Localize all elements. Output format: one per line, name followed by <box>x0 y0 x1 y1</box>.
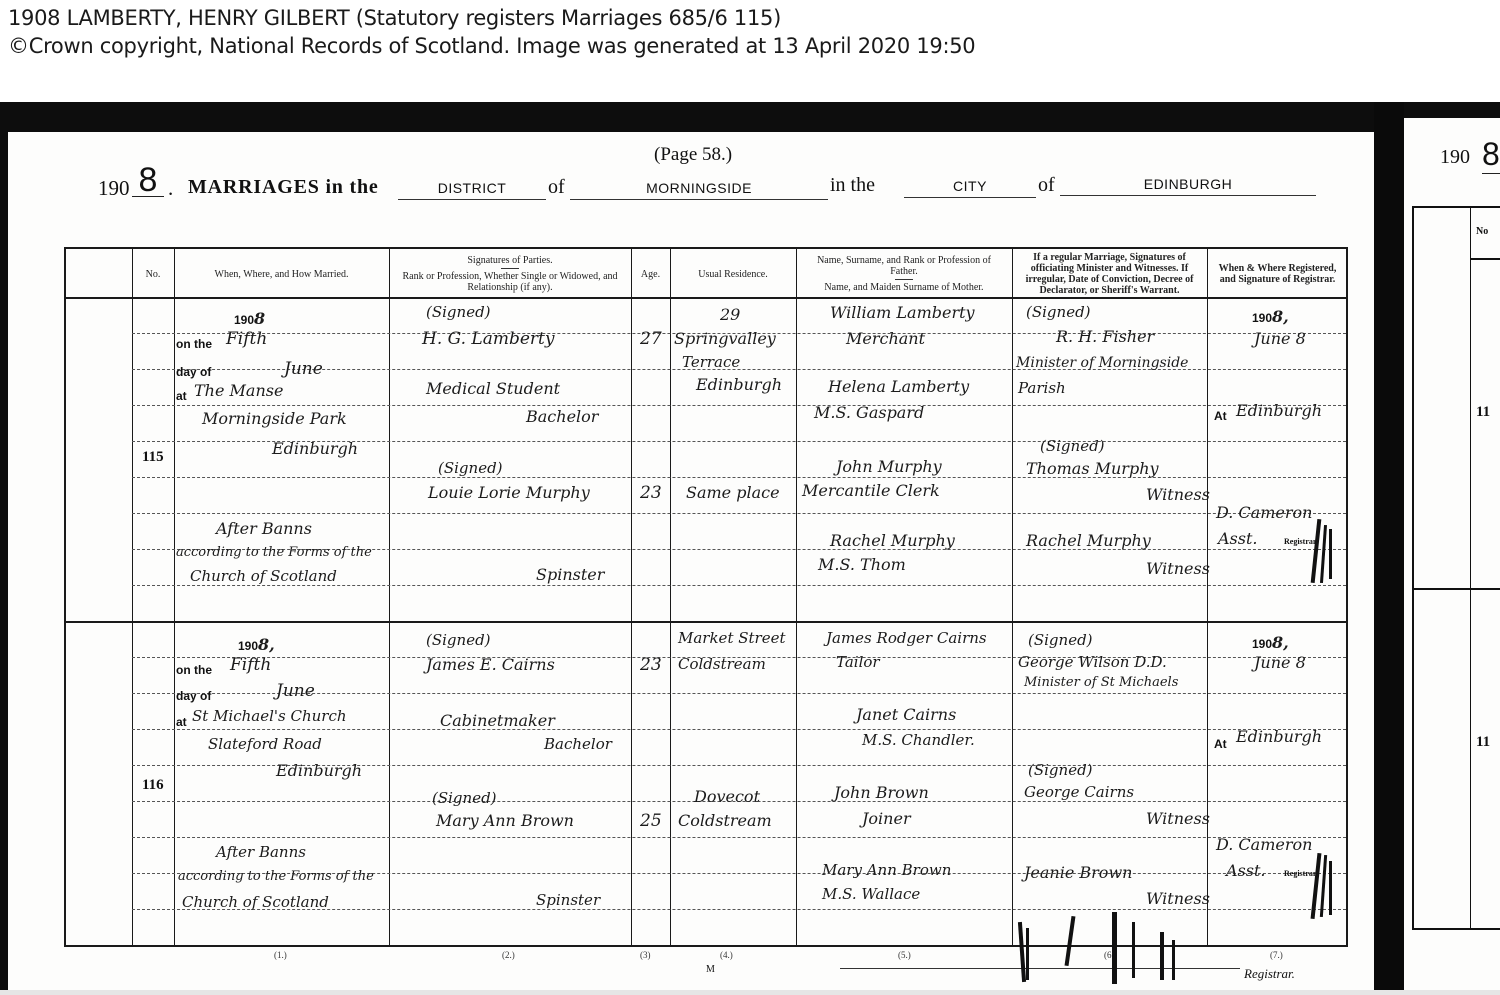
day-of-label: day of <box>176 689 211 703</box>
column-divider <box>1207 249 1208 945</box>
registered-year: 1908, <box>1252 633 1289 652</box>
bride-age: 23 <box>640 483 662 503</box>
on-the-label: on the <box>176 663 212 677</box>
witness1-name: George Cairns <box>1024 783 1134 801</box>
groom-residence-line1: 29 <box>720 305 740 324</box>
bride-father: John Brown <box>834 783 929 802</box>
header-when-where: When, Where, and How Married. <box>174 249 389 299</box>
next-entry-number: 11 <box>1476 734 1490 751</box>
marriage-place-line3: Edinburgh <box>276 761 362 780</box>
column-divider <box>631 249 632 945</box>
marriage-month: June <box>284 359 323 379</box>
record-caption: 1908 LAMBERTY, HENRY GILBERT (Statutory … <box>8 4 975 60</box>
bride-signed: (Signed) <box>438 459 503 477</box>
column-number-4: (4.) <box>720 950 733 960</box>
groom-name: H. G. Lamberty <box>422 329 554 349</box>
marriage-day: Fifth <box>226 329 267 349</box>
printed-year: 1908, <box>238 635 275 654</box>
groom-residence-line4: Edinburgh <box>696 375 782 394</box>
registered-date: June 8 <box>1254 653 1306 672</box>
groom-mother-maiden: M.S. Chandler. <box>862 731 975 749</box>
registrar-signature-line <box>840 968 1240 969</box>
page-number-label: (Page 58.) <box>654 144 732 166</box>
witness1-signed: (Signed) <box>1028 761 1093 779</box>
bride-mother: Mary Ann Brown <box>822 861 951 879</box>
bride-name: Mary Ann Brown <box>436 811 574 830</box>
book-gutter <box>1374 102 1404 990</box>
year-digit: 8 <box>132 164 164 197</box>
bride-residence-line1: Dovecot <box>694 787 760 806</box>
registrar-name: D. Cameron <box>1216 835 1312 854</box>
entry-number-116: 116 <box>142 777 164 794</box>
how-married-line1: After Banns <box>216 843 306 861</box>
record-title: 1908 LAMBERTY, HENRY GILBERT (Statutory … <box>8 4 975 32</box>
marriage-place-line2: Slateford Road <box>208 735 322 753</box>
registrar-role: Asst. <box>1218 529 1258 548</box>
header-minister: If a regular Marriage, Signatures of off… <box>1012 249 1207 299</box>
area-name: EDINBURGH <box>1060 168 1316 196</box>
registered-date: June 8 <box>1254 329 1306 348</box>
groom-signed: (Signed) <box>426 631 491 649</box>
groom-status: Bachelor <box>544 735 612 753</box>
next-register-page: 190 8 No 11 11 <box>1404 118 1500 990</box>
header-residence: Usual Residence. <box>670 249 796 299</box>
minister-parish: Parish <box>1018 379 1066 397</box>
bride-signed: (Signed) <box>432 789 497 807</box>
groom-father-rank: Merchant <box>846 329 925 348</box>
registrar-label: Registrar. <box>1244 966 1295 982</box>
minister-name: R. H. Fisher <box>1056 327 1154 346</box>
bride-mother-maiden: M.S. Wallace <box>822 885 920 903</box>
bride-father-rank: Joiner <box>862 809 911 828</box>
of-label: of <box>548 176 565 199</box>
of-label-2: of <box>1038 174 1055 197</box>
header-no: No. <box>132 249 174 299</box>
minister-name: George Wilson D.D. <box>1018 653 1167 671</box>
minister-signed: (Signed) <box>1026 303 1091 321</box>
registrar-name: D. Cameron <box>1216 503 1312 522</box>
at-registered-label: At <box>1214 409 1227 423</box>
header-parents: Name, Surname, and Rank or Profession of… <box>796 249 1012 299</box>
registered-year: 1908, <box>1252 307 1289 326</box>
next-register-table: No 11 11 <box>1412 206 1500 930</box>
witness1-signed: (Signed) <box>1040 437 1105 455</box>
register-table: No. When, Where, and How Married. Signat… <box>64 247 1348 947</box>
groom-residence-line3: Terrace <box>682 353 740 371</box>
column-divider <box>796 249 797 945</box>
groom-father: William Lamberty <box>830 303 975 322</box>
bride-age: 25 <box>640 811 662 831</box>
next-year-digit: 8 <box>1482 136 1500 174</box>
marriage-month: June <box>276 681 315 701</box>
year-dot: . <box>168 176 173 201</box>
marriage-place-line2: Morningside Park <box>202 409 347 428</box>
minister-signed: (Signed) <box>1028 631 1093 649</box>
marriage-day: Fifth <box>230 655 271 675</box>
groom-name: James E. Cairns <box>426 655 555 674</box>
column-number-5: (5.) <box>898 950 911 960</box>
bride-father-rank: Mercantile Clerk <box>802 481 940 500</box>
register-page: (Page 58.) 190 8 . MARRIAGES in the DIST… <box>8 132 1374 990</box>
registered-place: Edinburgh <box>1236 401 1322 420</box>
groom-mother-maiden: M.S. Gaspard <box>814 403 924 422</box>
entry-divider <box>66 621 1346 623</box>
copyright-notice: ©Crown copyright, National Records of Sc… <box>8 32 975 60</box>
groom-residence-line1: Market Street <box>678 629 786 647</box>
bride-mother-maiden: M.S. Thom <box>818 555 906 574</box>
groom-mother: Janet Cairns <box>856 705 956 724</box>
at-registered-label: At <box>1214 737 1227 751</box>
next-year-prefix: 190 <box>1440 146 1470 169</box>
how-married-line2: according to the Forms of the <box>176 545 372 560</box>
groom-residence-line2: Coldstream <box>678 655 766 673</box>
witness1-role: Witness <box>1146 809 1210 828</box>
district-type: DISTRICT <box>398 172 546 200</box>
footer-mark: M <box>706 964 715 975</box>
column-divider <box>670 249 671 945</box>
groom-father-rank: Tailor <box>836 653 880 671</box>
bride-father: John Murphy <box>836 457 942 476</box>
day-of-label: day of <box>176 365 211 379</box>
header-signatures: Signatures of Parties.Rank or Profession… <box>389 249 631 299</box>
on-the-label: on the <box>176 337 212 351</box>
witness2-name: Jeanie Brown <box>1024 863 1132 882</box>
column-divider <box>1012 249 1013 945</box>
column-divider <box>132 249 133 945</box>
at-label: at <box>176 715 187 729</box>
year-prefix: 190 <box>98 176 130 201</box>
bride-status: Spinster <box>536 565 604 584</box>
how-married-line3: Church of Scotland <box>182 893 329 911</box>
marriage-place-line3: Edinburgh <box>272 439 358 458</box>
next-no-header: No <box>1476 226 1488 237</box>
marriage-place-line1: The Manse <box>194 381 283 400</box>
groom-profession: Medical Student <box>426 379 560 398</box>
registrar-role: Asst. <box>1226 861 1266 880</box>
registrar-small-label: Registrar <box>1284 869 1316 878</box>
witness2-role: Witness <box>1146 559 1210 578</box>
column-number-7: (7.) <box>1270 950 1283 960</box>
bride-name: Louie Lorie Murphy <box>428 483 590 502</box>
marriage-place-line1: St Michael's Church <box>192 707 347 725</box>
groom-status: Bachelor <box>526 407 598 426</box>
how-married-line1: After Banns <box>216 519 312 538</box>
witness2-role: Witness <box>1146 889 1210 908</box>
printed-year: 1908 <box>234 309 265 328</box>
minister-title: Minister of Morningside <box>1016 355 1188 371</box>
register-title: MARRIAGES in the <box>188 176 379 199</box>
groom-mother: Helena Lamberty <box>828 377 969 396</box>
header-age: Age. <box>631 249 670 299</box>
how-married-line2: according to the Forms of the <box>178 869 374 884</box>
at-label: at <box>176 389 187 403</box>
area-type: CITY <box>904 170 1036 198</box>
register-title-line: 190 8 . MARRIAGES in the DISTRICT of MOR… <box>98 168 1318 200</box>
entry-number-115: 115 <box>142 449 164 466</box>
groom-age: 27 <box>640 329 662 349</box>
column-divider <box>389 249 390 945</box>
column-number-3: (3) <box>640 950 651 960</box>
groom-residence-line2: Springvalley <box>674 329 776 348</box>
witness1-name: Thomas Murphy <box>1026 459 1159 478</box>
next-entry-number: 11 <box>1476 404 1490 421</box>
bride-residence-line2: Coldstream <box>678 811 772 830</box>
minister-title: Minister of St Michaels <box>1024 675 1178 690</box>
header-registered: When & Where Registered, and Signature o… <box>1207 249 1348 299</box>
how-married-line3: Church of Scotland <box>190 567 337 585</box>
bride-mother: Rachel Murphy <box>830 531 955 550</box>
groom-father: James Rodger Cairns <box>826 629 987 647</box>
scanned-register-image: (Page 58.) 190 8 . MARRIAGES in the DIST… <box>0 102 1500 990</box>
groom-profession: Cabinetmaker <box>440 711 555 730</box>
in-the-label: in the <box>830 174 875 197</box>
registrar-small-label: Registrar <box>1284 537 1316 546</box>
column-number-1: (1.) <box>274 950 287 960</box>
viewer-bottom-edge <box>0 990 1500 995</box>
witness2-name: Rachel Murphy <box>1026 531 1151 550</box>
groom-age: 23 <box>640 655 662 675</box>
bride-residence: Same place <box>686 483 780 502</box>
column-divider <box>174 249 175 945</box>
witness1-role: Witness <box>1146 485 1210 504</box>
groom-signed: (Signed) <box>426 303 491 321</box>
bride-status: Spinster <box>536 891 600 909</box>
column-number-2: (2.) <box>502 950 515 960</box>
registered-place: Edinburgh <box>1236 727 1322 746</box>
district-name: MORNINGSIDE <box>570 172 828 200</box>
